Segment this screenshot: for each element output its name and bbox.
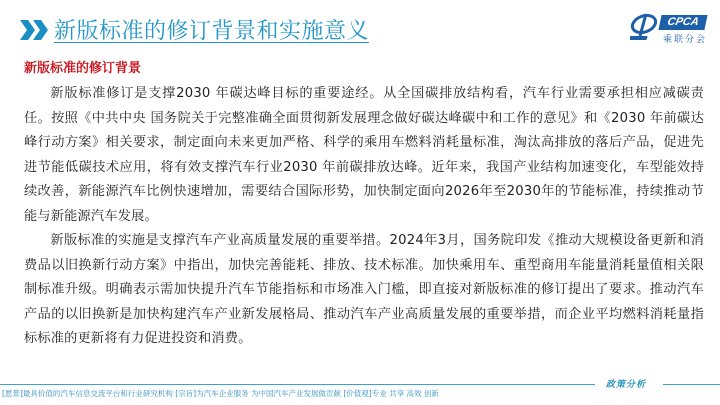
footer-divider-right [663, 384, 720, 385]
section-title: 新版标准的修订背景 [24, 60, 704, 78]
paragraph-significance: 新版标准的实施是支撑汽车产业高质量发展的重要举措。2024年3月，国务院印发《推… [24, 229, 704, 352]
logo-brand: CPCA [658, 15, 707, 30]
slide-header: 新版标准的修订背景和实施意义 CPCA 乘联分会 [0, 0, 720, 54]
slide-content: 新版标准的修订背景 新版标准修订是支撑2030 年碳达峰目标的重要途经。从全国碳… [24, 60, 704, 352]
cpca-emblem-icon [630, 12, 658, 42]
page-title: 新版标准的修订背景和实施意义 [54, 14, 369, 45]
paragraph-background: 新版标准修订是支撑2030 年碳达峰目标的重要途经。从全国碳排放结构看，汽车行业… [24, 82, 704, 229]
double-chevron-icon [20, 20, 50, 40]
footer-section-label: 政策分析 [606, 377, 646, 390]
footer-slogan: [愿景]最具价值的汽车信息交流平台和行业研究机构 [宗旨]为汽车企业服务 为中国… [2, 388, 439, 399]
footer-divider [0, 384, 595, 385]
cpca-logo: CPCA 乘联分会 [630, 12, 710, 46]
logo-subtitle: 乘联分会 [663, 32, 707, 45]
